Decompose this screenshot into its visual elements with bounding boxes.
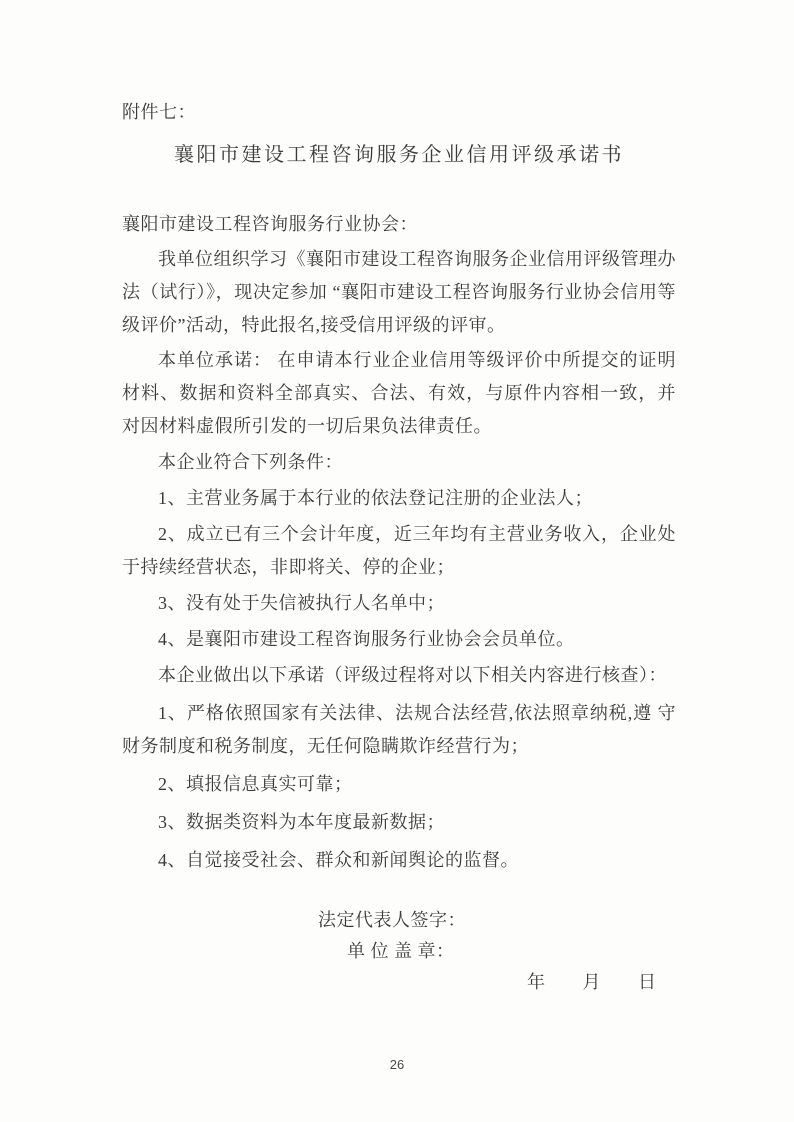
page-number: 26	[0, 1057, 794, 1072]
conditions-intro: 本企业符合下列条件：	[122, 446, 676, 479]
date-line: 年 月 日	[527, 967, 676, 998]
condition-item-2: 2、成立已有三个会计年度，近三年均有主营业务收入，企业处于持续经营状态，非即将关…	[122, 518, 676, 584]
paragraph-study-declaration: 我单位组织学习《襄阳市建设工程咨询服务企业信用评级管理办法（试行）》，现决定参加…	[122, 243, 676, 342]
commitment-item-3: 3、数据类资料为本年度最新数据；	[122, 806, 676, 839]
document-page: 附件七： 襄阳市建设工程咨询服务企业信用评级承诺书 襄阳市建设工程咨询服务行业协…	[0, 0, 794, 1122]
company-seal-label: 单 位 盖 章：	[347, 936, 676, 967]
document-title: 襄阳市建设工程咨询服务企业信用评级承诺书	[122, 139, 676, 172]
attachment-label: 附件七：	[122, 96, 676, 129]
legal-representative-signature-label: 法定代表人签字：	[318, 905, 676, 936]
condition-item-1: 1、主营业务属于本行业的依法登记注册的企业法人；	[122, 482, 676, 515]
salutation-line: 襄阳市建设工程咨询服务行业协会：	[122, 208, 676, 241]
condition-item-4: 4、是襄阳市建设工程咨询服务行业协会会员单位。	[122, 623, 676, 656]
document-content: 附件七： 襄阳市建设工程咨询服务企业信用评级承诺书 襄阳市建设工程咨询服务行业协…	[122, 96, 676, 998]
signature-block: 法定代表人签字： 单 位 盖 章： 年 月 日	[122, 905, 676, 998]
paragraph-promise-declaration: 本单位承诺： 在申请本行业企业信用等级评价中所提交的证明材料、数据和资料全部真实…	[122, 344, 676, 443]
condition-item-3: 3、没有处于失信被执行人名单中；	[122, 587, 676, 620]
commitment-item-1: 1、严格依照国家有关法律、法规合法经营,依法照章纳税,遵 守财务制度和税务制度，…	[122, 697, 676, 763]
commitments-intro: 本企业做出以下承诺（评级过程将对以下相关内容进行核查）：	[122, 659, 676, 692]
commitment-item-4: 4、自觉接受社会、群众和新闻舆论的监督。	[122, 844, 676, 877]
commitment-item-2: 2、填报信息真实可靠；	[122, 768, 676, 801]
